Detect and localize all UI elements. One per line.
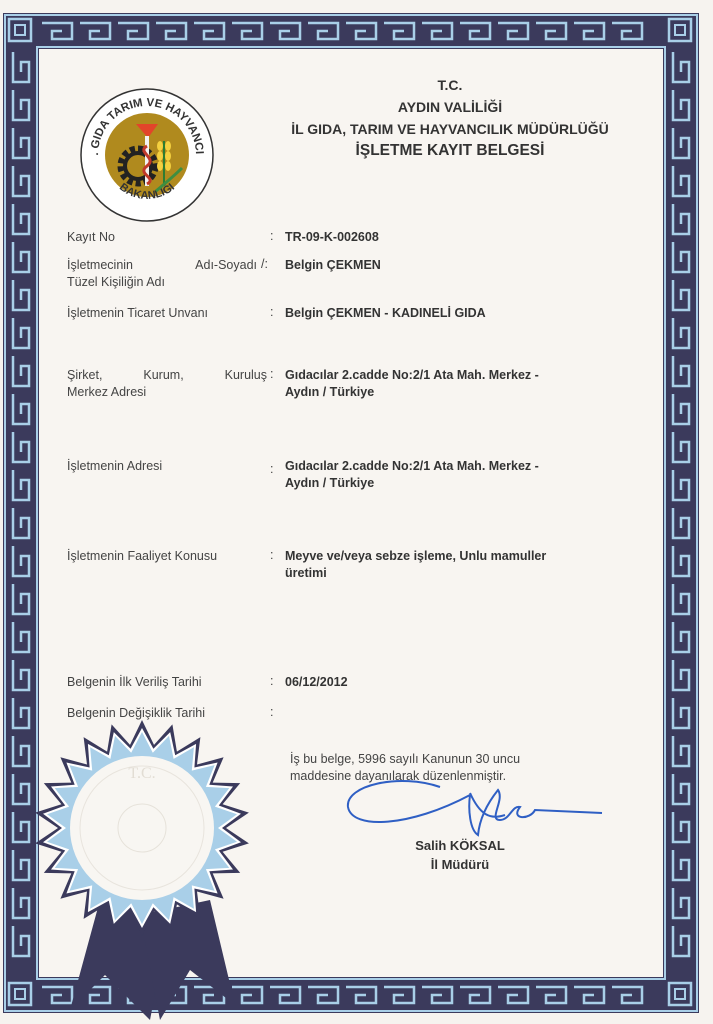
business-address-line1: Gıdacılar 2.cadde No:2/1 Ata Mah. Merkez…	[285, 458, 615, 475]
registration-number: TR-09-K-002608	[285, 229, 615, 246]
signature-icon	[340, 775, 610, 845]
field-separator: :	[270, 305, 273, 319]
business-address-line2: Aydın / Türkiye	[285, 475, 615, 492]
field-label: Şirket, Kurum, Kuruluş	[67, 367, 267, 384]
svg-text:T.C.: T.C.	[128, 765, 155, 782]
field-separator: :	[270, 367, 273, 381]
field-label: İşletmenin Adresi	[67, 458, 272, 475]
trade-name: Belgin ÇEKMEN - KADINELİ GIDA	[285, 305, 615, 322]
field-separator: :	[270, 548, 273, 562]
signer-title: İl Müdürü	[385, 855, 535, 874]
activity-line2: üretimi	[285, 565, 615, 582]
field-label: Kayıt No	[67, 229, 272, 246]
business-address: Gıdacılar 2.cadde No:2/1 Ata Mah. Merkez…	[285, 458, 615, 492]
field-label-2: Merkez Adresi	[67, 384, 272, 401]
field-separator: :	[270, 674, 273, 688]
legal-note-line1: İş bu belge, 5996 sayılı Kanunun 30 uncu	[290, 751, 520, 768]
field-label: İşletmecinin Adı-Soyadı	[67, 257, 257, 274]
ministry-emblem: T.C. GIDA TARIM VE HAYVANCILIK BAKANLIĞI	[78, 86, 216, 224]
field-label: İşletmenin Faaliyet Konusu	[67, 548, 272, 565]
operator-name: Belgin ÇEKMEN	[285, 257, 615, 274]
hq-address-line2: Aydın / Türkiye	[285, 384, 615, 401]
field-label: İşletmenin Ticaret Unvanı	[67, 305, 272, 322]
header-directorate: İL GIDA, TARIM VE HAYVANCILIK MÜDÜRLÜĞÜ	[250, 118, 650, 140]
field-label-group: İşletmecinin Adı-Soyadı Tüzel Kişiliğin …	[67, 257, 272, 291]
rosette-seal-icon: T.C.	[30, 720, 260, 1020]
activity-line1: Meyve ve/veya sebze işleme, Unlu mamulle…	[285, 548, 615, 565]
field-label: Belgenin İlk Veriliş Tarihi	[67, 674, 272, 691]
header-tc: T.C.	[250, 74, 650, 96]
hq-address-line1: Gıdacılar 2.cadde No:2/1 Ata Mah. Merkez…	[285, 367, 615, 384]
document-header: T.C. AYDIN VALİLİĞİ İL GIDA, TARIM VE HA…	[250, 74, 650, 162]
ministry-logo-icon: T.C. GIDA TARIM VE HAYVANCILIK BAKANLIĞI	[78, 86, 216, 224]
signer-block: Salih KÖKSAL İl Müdürü	[385, 836, 535, 874]
header-governorship: AYDIN VALİLİĞİ	[250, 96, 650, 118]
field-label-group: Şirket, Kurum, Kuruluş Merkez Adresi	[67, 367, 272, 401]
document-title: İŞLETME KAYIT BELGESİ	[250, 140, 650, 162]
issue-date: 06/12/2012	[285, 674, 615, 691]
hq-address: Gıdacılar 2.cadde No:2/1 Ata Mah. Merkez…	[285, 367, 615, 401]
field-label-2: Tüzel Kişiliğin Adı	[67, 274, 272, 291]
field-separator: :	[270, 462, 273, 476]
field-separator: :	[270, 229, 273, 243]
field-separator: :	[270, 705, 273, 719]
signer-name: Salih KÖKSAL	[385, 836, 535, 855]
field-separator: /:	[261, 257, 268, 271]
activity-subject: Meyve ve/veya sebze işleme, Unlu mamulle…	[285, 548, 615, 582]
